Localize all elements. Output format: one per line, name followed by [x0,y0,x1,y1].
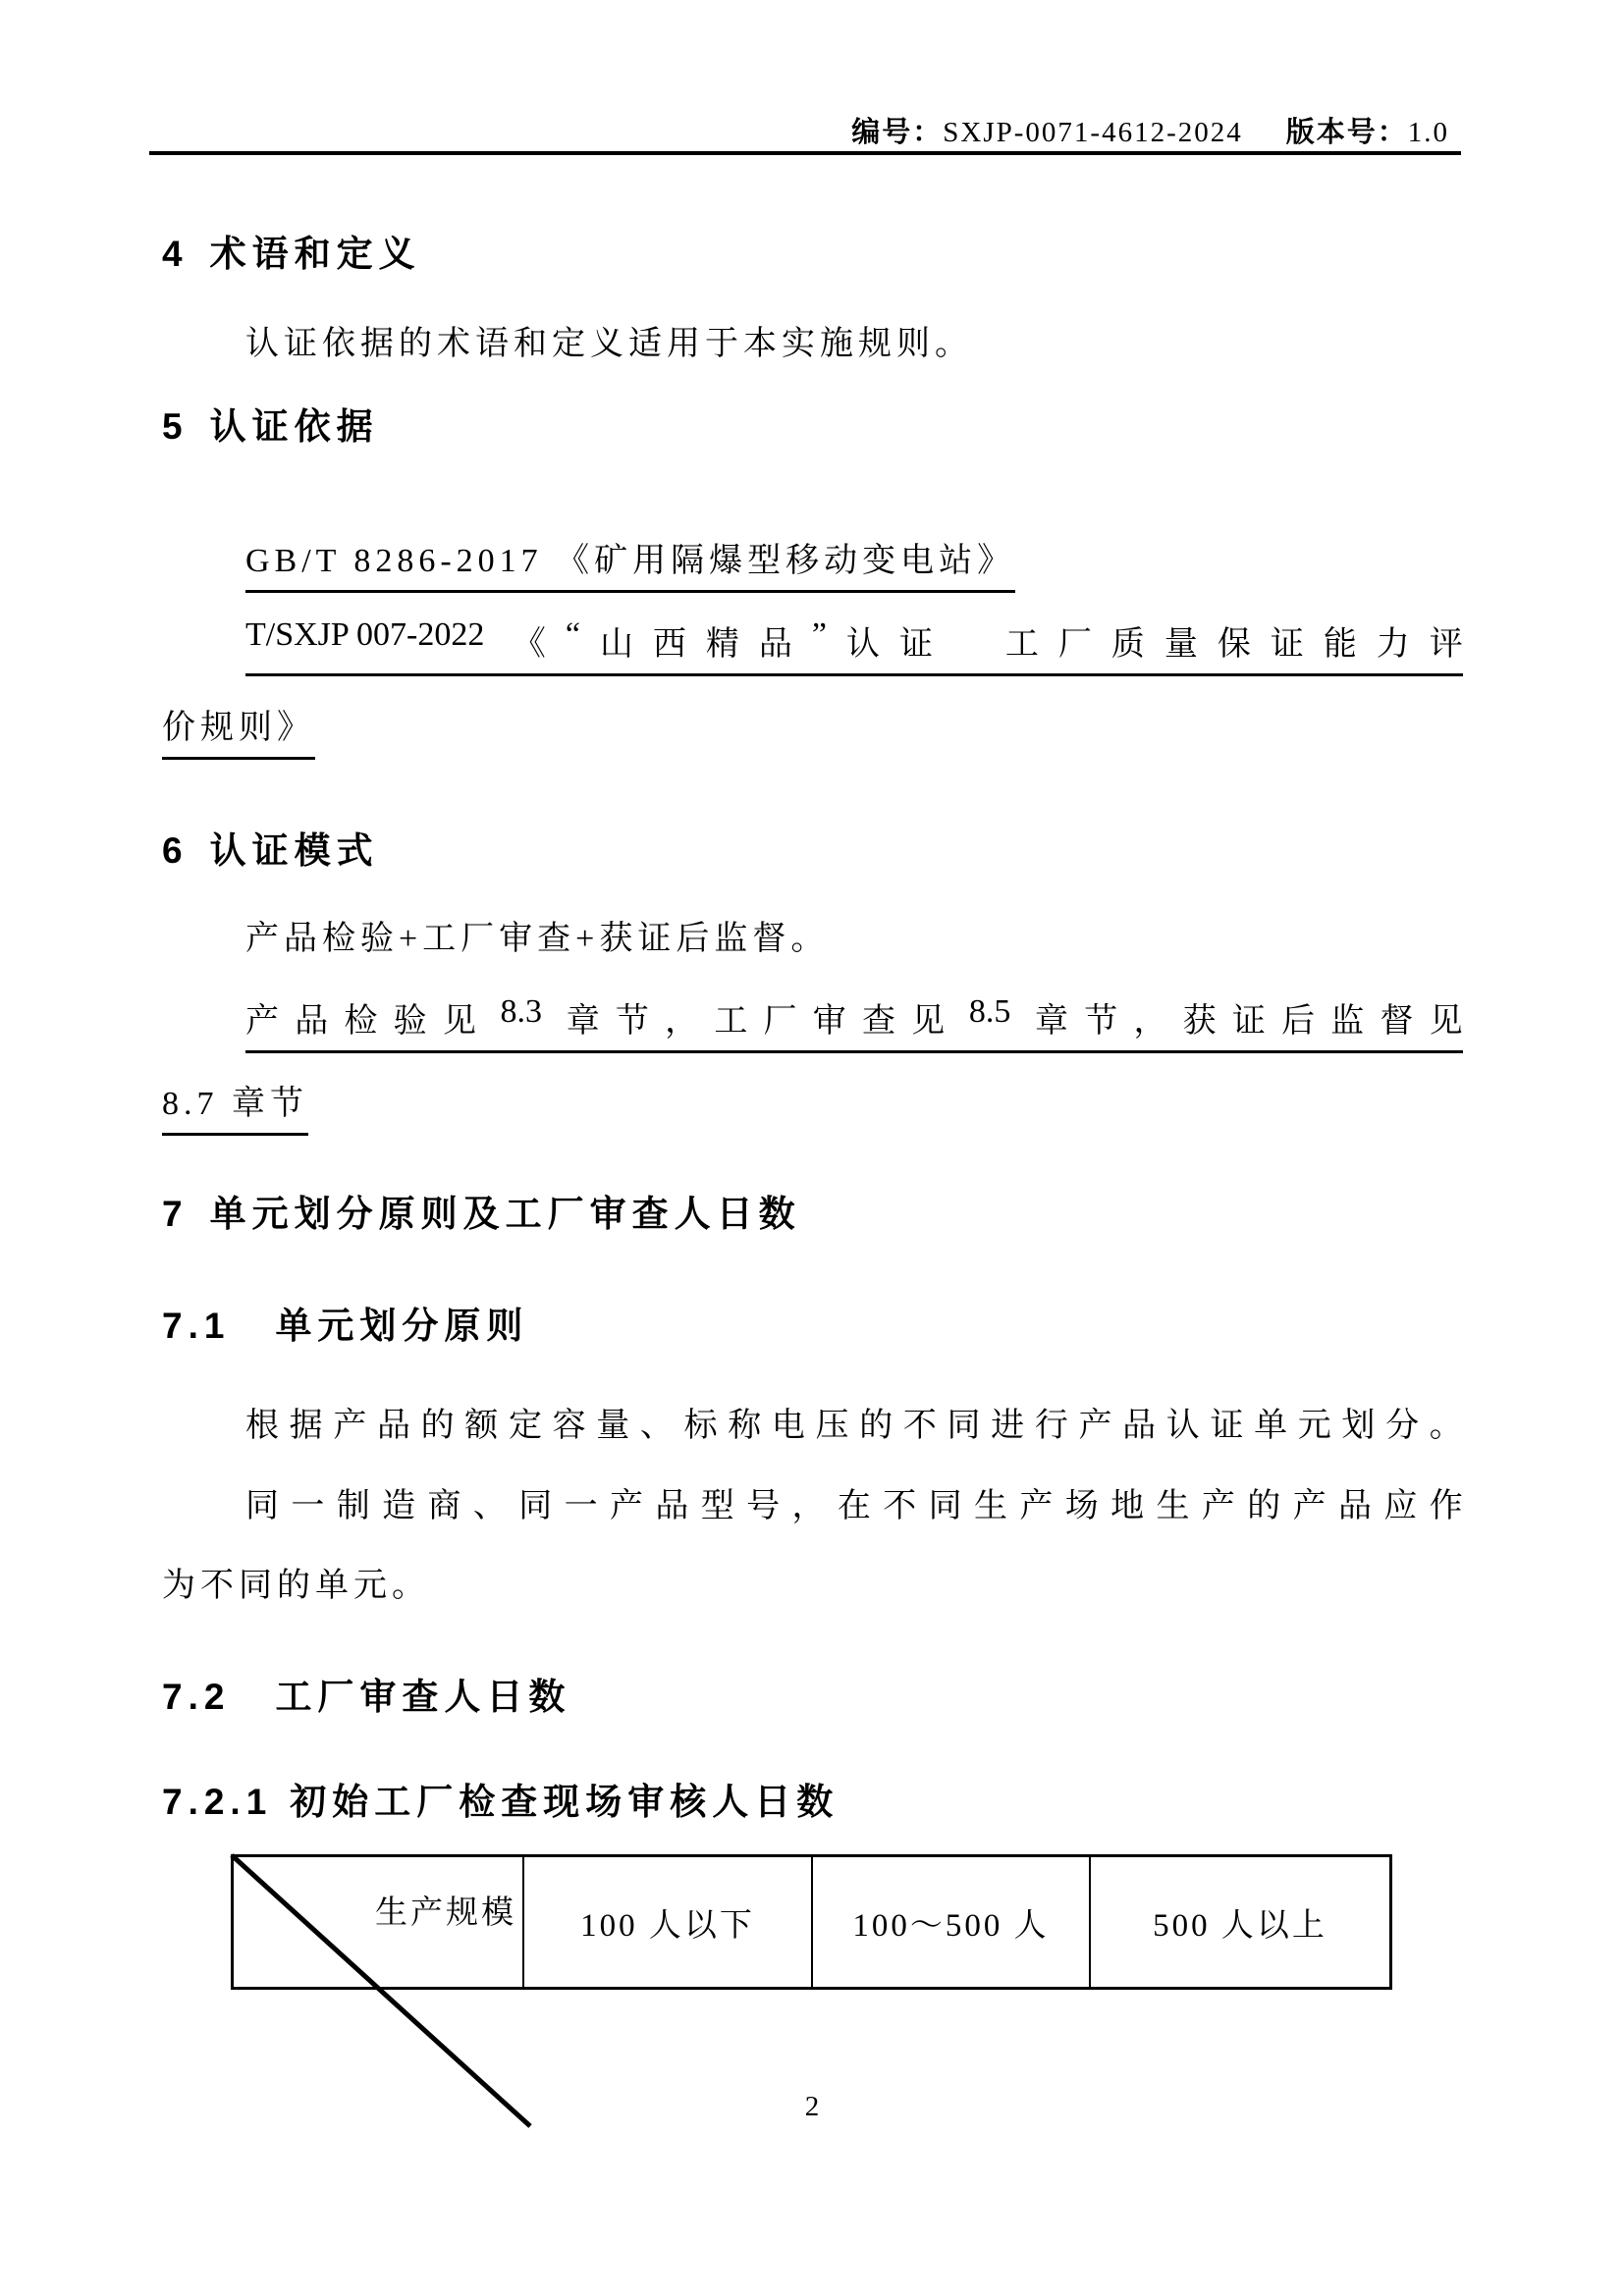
section-6-heading: 6 认证模式 [162,821,379,874]
document-page: 编号： SXJP-0071-4612-2024 版本号： 1.0 4 术语和定义… [0,0,1624,2296]
section-7-2-heading: 7.2 工厂审查人日数 [162,1667,570,1720]
section-7-heading: 7 单元划分原则及工厂审查人日数 [162,1184,801,1237]
doc-number-label: 编号： [851,110,943,150]
reference-tsxjp-line-2: 价规则》 [162,700,315,760]
section-4-number: 4 [162,234,189,275]
section-6-body-2-line-2: 8.7 章节 [162,1076,308,1136]
version-value: 1.0 [1408,117,1449,149]
section-7-title: 单元划分原则及工厂审查人日数 [210,1184,801,1237]
table-col-100-500: 100～500 人 [811,1857,1089,1987]
section-7-2-title: 工厂审查人日数 [275,1667,570,1720]
section-7-1-heading: 7.1 单元划分原则 [162,1296,528,1349]
section-6-body-2-line-1: 产品检验见 8.3 章节，工厂审查见 8.5 章节，获证后监督见 [245,993,1463,1053]
page-header: 编号： SXJP-0071-4612-2024 版本号： 1.0 [851,110,1455,150]
section-7-1-body-line-3: 为不同的单元。 [162,1558,430,1606]
section-7-2-1-title: 初始工厂检查现场审核人日数 [290,1772,839,1825]
section-6-title: 认证模式 [210,821,379,874]
section-4-body: 认证依据的术语和定义适用于本实施规则。 [245,316,973,364]
section-7-2-1-number: 7.2.1 [162,1782,272,1823]
version-label: 版本号： [1286,110,1408,150]
section-4-title: 术语和定义 [210,224,421,277]
table-corner-cell: 生产规模 [234,1857,522,1987]
section-5-number: 5 [162,406,189,448]
section-5-title: 认证依据 [210,397,379,450]
section-7-1-number: 7.1 [162,1306,230,1347]
section-6-body-1: 产品检验+工厂审查+获证后监督。 [245,911,829,959]
section-7-2-number: 7.2 [162,1677,230,1718]
section-7-1-body-line-2: 同一制造商、同一产品型号，在不同生产场地生产的产品应作 [245,1478,1463,1526]
table-col-under-100: 100 人以下 [522,1857,811,1987]
section-7-1-body-line-1: 根据产品的额定容量、标称电压的不同进行产品认证单元划分。 [245,1398,1463,1446]
section-7-number: 7 [162,1194,189,1235]
section-7-2-1-heading: 7.2.1 初始工厂检查现场审核人日数 [162,1772,839,1825]
table-col-over-500: 500 人以上 [1089,1857,1389,1987]
section-6-number: 6 [162,830,189,872]
audit-man-days-table: 生产规模 100 人以下 100～500 人 500 人以上 [231,1854,1392,1990]
table-corner-label: 生产规模 [375,1887,516,1933]
section-5-heading: 5 认证依据 [162,397,379,450]
doc-number-value: SXJP-0071-4612-2024 [943,117,1242,149]
page-number: 2 [0,2091,1624,2123]
reference-tsxjp-line-1: T/SXJP 007-2022 《“山西精品”认证 工厂质量保证能力评 [245,616,1463,676]
section-4-heading: 4 术语和定义 [162,224,421,277]
header-rule [149,151,1461,155]
reference-gbt-8286: GB/T 8286-2017 《矿用隔爆型移动变电站》 [245,533,1015,593]
section-7-1-title: 单元划分原则 [275,1296,528,1349]
